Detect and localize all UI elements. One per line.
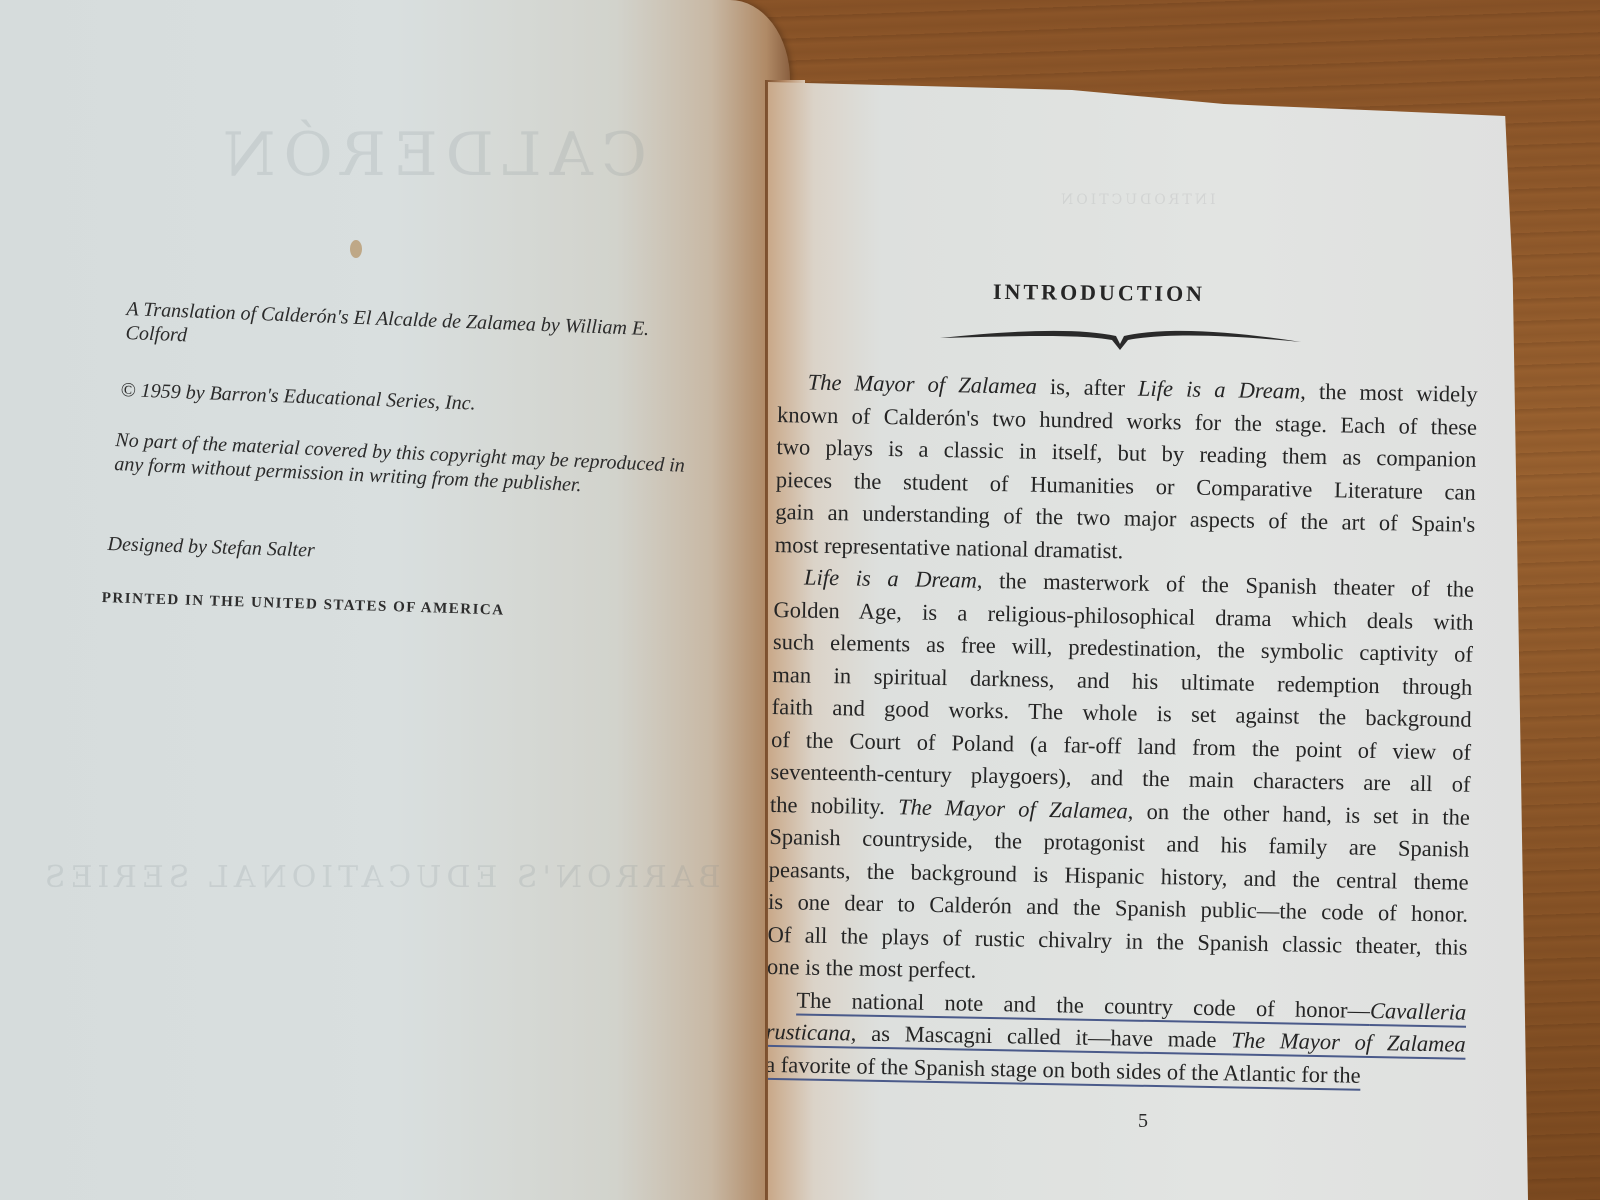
printed-in-notice: PRINTED IN THE UNITED STATES OF AMERICA (101, 590, 504, 620)
right-page-introduction: INTRODUCTION INTRODUCTION The Mayor of Z… (768, 80, 1528, 1200)
paragraph: The Mayor of Zalamea is, after Life is a… (774, 366, 1477, 574)
chapter-title: INTRODUCTION (993, 279, 1205, 307)
bleed-through-running-head: INTRODUCTION (1058, 192, 1215, 208)
introduction-body: The Mayor of Zalamea is, after Life is a… (765, 366, 1478, 1094)
left-page-copyright: CALDERÓN BARRON'S EDUCATIONAL SERIES A T… (0, 0, 790, 1200)
translation-note: A Translation of Calderón's El Alcalde d… (125, 297, 696, 367)
rights-notice: No part of the material covered by this … (114, 428, 691, 502)
paragraph: Life is a Dream, the masterwork of the S… (767, 561, 1475, 996)
copyright-line: © 1959 by Barron's Educational Series, I… (120, 378, 621, 421)
designer-credit: Designed by Stefan Salter (107, 532, 508, 569)
paragraph: The national note and the country code o… (765, 983, 1467, 1093)
swash-ornament-icon (938, 324, 1303, 354)
bleed-through-title: CALDERÓN (215, 120, 647, 190)
bleed-through-publisher: BARRON'S EDUCATIONAL SERIES (40, 860, 720, 895)
paper-stain (350, 240, 362, 258)
page-number: 5 (1138, 1110, 1148, 1133)
